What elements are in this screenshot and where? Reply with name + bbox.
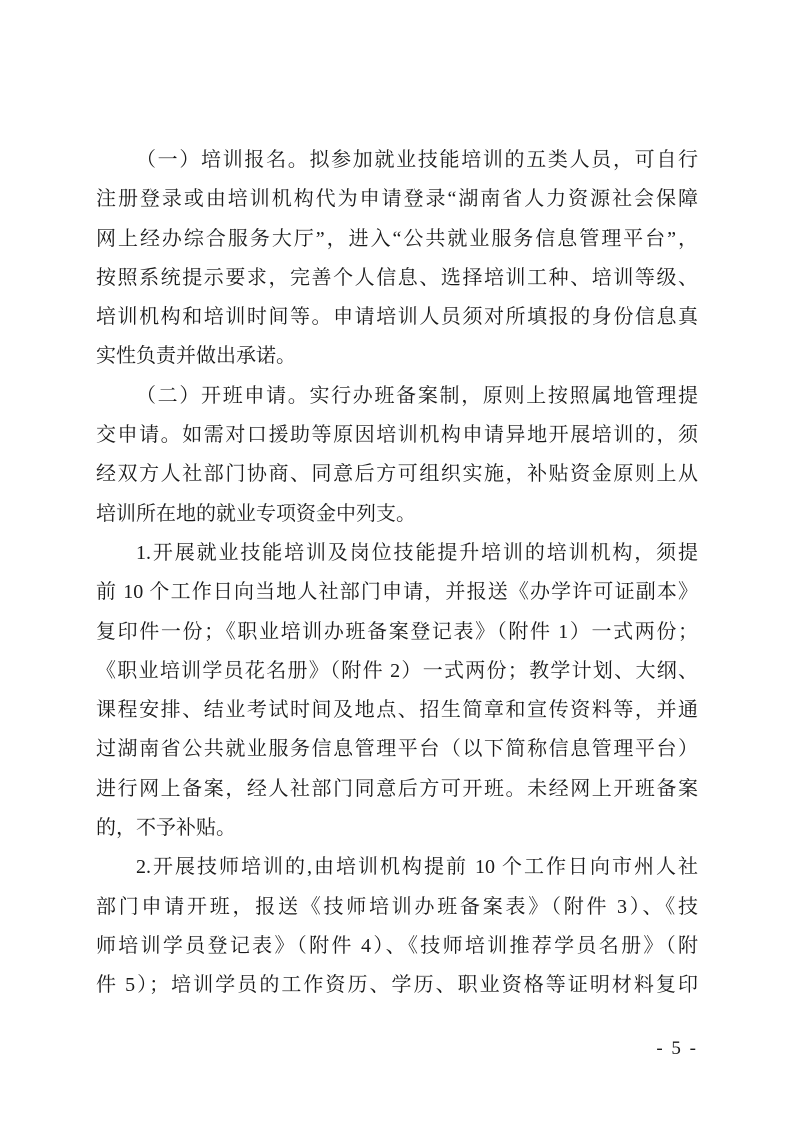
text-line: 按照系统提示要求，完善个人信息、选择培训工种、培训等级、 bbox=[96, 259, 698, 298]
text-line: 《职业培训学员花名册》（附件 2）一式两份；教学计划、大纲、 bbox=[96, 652, 698, 691]
text-line: 前 10 个工作日向当地人社部门申请，并报送《办学许可证副本》 bbox=[96, 573, 698, 612]
text-line: 的，不予补贴。 bbox=[96, 809, 698, 848]
text-line: （一）培训报名。拟参加就业技能培训的五类人员，可自行 bbox=[96, 141, 698, 180]
document-body: （一）培训报名。拟参加就业技能培训的五类人员，可自行 注册登录或由培训机构代为申… bbox=[96, 141, 698, 1006]
text-line: 实性负责并做出承诺。 bbox=[96, 337, 698, 376]
page-number: - 5 - bbox=[656, 1038, 698, 1060]
paragraph-class-application: （二）开班申请。实行办班备案制，原则上按照属地管理提 交申请。如需对口援助等原因… bbox=[96, 377, 698, 534]
document-page: （一）培训报名。拟参加就业技能培训的五类人员，可自行 注册登录或由培训机构代为申… bbox=[0, 0, 793, 1122]
text-line: 网上经办综合服务大厅”，进入“公共就业服务信息管理平台”， bbox=[96, 220, 698, 259]
text-line: 过湖南省公共就业服务信息管理平台（以下简称信息管理平台） bbox=[96, 730, 698, 769]
text-line: 2.开展技师培训的,由培训机构提前 10 个工作日向市州人社 bbox=[96, 848, 698, 887]
text-line: 课程安排、结业考试时间及地点、招生简章和宣传资料等，并通 bbox=[96, 691, 698, 730]
text-line: 注册登录或由培训机构代为申请登录“湖南省人力资源社会保障 bbox=[96, 180, 698, 219]
text-line: （二）开班申请。实行办班备案制，原则上按照属地管理提 bbox=[96, 377, 698, 416]
text-line: 复印件一份；《职业培训办班备案登记表》（附件 1）一式两份； bbox=[96, 613, 698, 652]
text-line: 经双方人社部门协商、同意后方可组织实施，补贴资金原则上从 bbox=[96, 455, 698, 494]
text-line: 交申请。如需对口援助等原因培训机构申请异地开展培训的，须 bbox=[96, 416, 698, 455]
paragraph-item-2: 2.开展技师培训的,由培训机构提前 10 个工作日向市州人社 部门申请开班，报送… bbox=[96, 848, 698, 1005]
paragraph-item-1: 1.开展就业技能培训及岗位技能提升培训的培训机构，须提 前 10 个工作日向当地… bbox=[96, 534, 698, 848]
text-line: 培训所在地的就业专项资金中列支。 bbox=[96, 495, 698, 534]
text-line: 部门申请开班，报送《技师培训办班备案表》（附件 3）、《技 bbox=[96, 888, 698, 927]
text-line: 进行网上备案，经人社部门同意后方可开班。未经网上开班备案 bbox=[96, 770, 698, 809]
text-line: 培训机构和培训时间等。申请培训人员须对所填报的身份信息真 bbox=[96, 298, 698, 337]
text-line: 师培训学员登记表》（附件 4）、《技师培训推荐学员名册》（附 bbox=[96, 927, 698, 966]
text-line: 件 5）；培训学员的工作资历、学历、职业资格等证明材料复印 bbox=[96, 966, 698, 1005]
text-line: 1.开展就业技能培训及岗位技能提升培训的培训机构，须提 bbox=[96, 534, 698, 573]
paragraph-training-registration: （一）培训报名。拟参加就业技能培训的五类人员，可自行 注册登录或由培训机构代为申… bbox=[96, 141, 698, 377]
